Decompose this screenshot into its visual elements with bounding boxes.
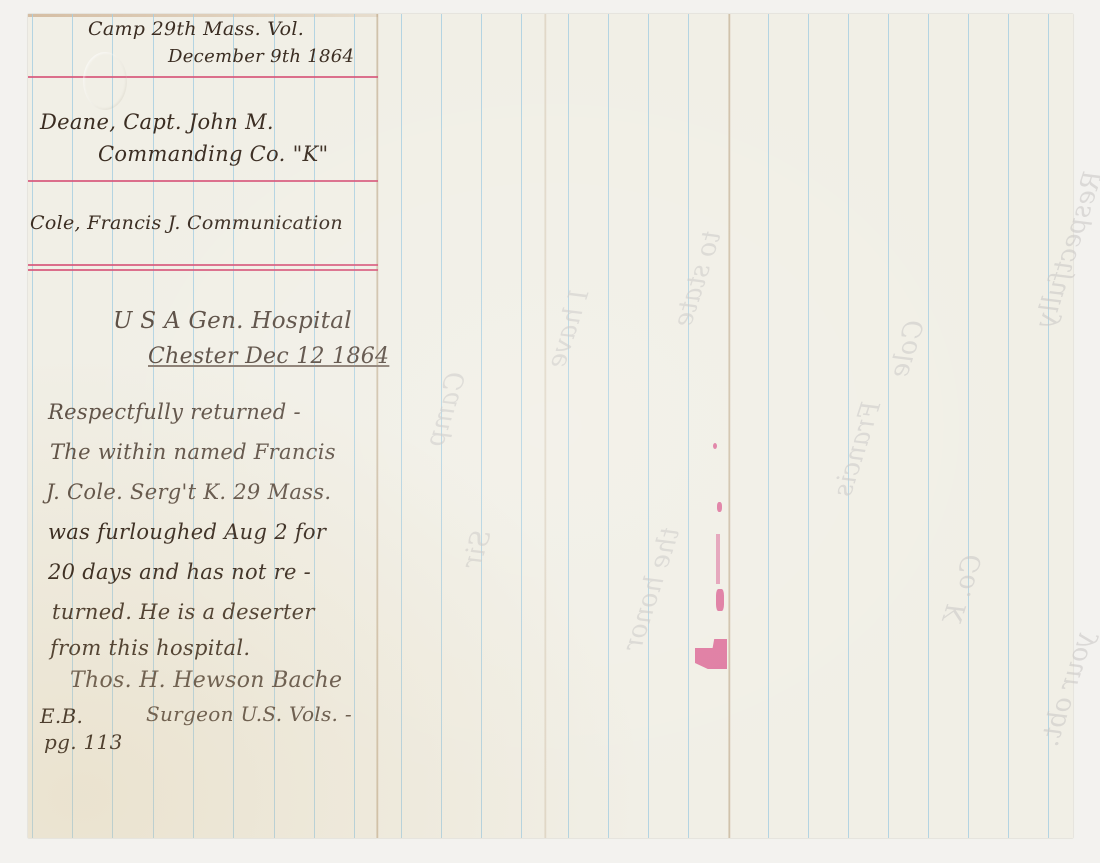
ink-stain [717,502,722,512]
bleed-through-text: to state [668,227,727,331]
rule-line [481,14,482,838]
ink-stain [716,534,720,584]
rule-line [32,14,33,838]
docket-origin: Camp 29th Mass. Vol. [88,18,304,40]
rule-line [112,14,113,838]
rule-line [928,14,929,838]
fold-crease [544,14,547,838]
rule-line [808,14,809,838]
red-rule [28,269,378,271]
ink-stain [716,589,724,611]
rule-line [401,14,402,838]
bleed-through-text: the honor [618,523,686,654]
ink-stain [695,639,727,669]
rule-line [1008,14,1009,838]
endorsement-line: Respectfully returned - [48,400,301,424]
endorsement-line: from this hospital. [50,636,250,660]
embossed-seal [83,52,127,110]
endorsement-line: turned. He is a deserter [52,600,315,624]
rule-line [648,14,649,838]
fold-crease [728,14,731,838]
bleed-through-text: Camp [420,368,472,450]
rule-line [354,14,355,838]
rule-line [608,14,609,838]
ink-stain [713,443,717,449]
endorsement-signature-title: Surgeon U.S. Vols. - [146,702,352,726]
endorsement-date: Chester Dec 12 1864 [148,344,389,369]
endorsement-line: was furloughed Aug 2 for [48,520,326,544]
docket-subject: Cole, Francis J. Communication [30,212,343,234]
bleed-through-text: Respectfully [1030,167,1100,331]
red-rule [28,76,378,78]
letter-sheet: Camp Sir I have the honor to state Franc… [28,14,1073,838]
endorsement-line: J. Cole. Serg't K. 29 Mass. [46,480,331,504]
rule-line [568,14,569,838]
rule-line [968,14,969,838]
endorsement-place: U S A Gen. Hospital [113,308,352,334]
endorsement-line: 20 days and has not re - [48,560,311,584]
annotation-page-ref: pg. 113 [44,730,123,754]
rule-line [521,14,522,838]
endorsement-line: The within named Francis [50,440,336,464]
aged-top-edge [28,14,378,17]
docket-addressee: Deane, Capt. John M. [40,110,274,134]
red-rule [28,180,378,182]
rule-line [688,14,689,838]
red-rule [28,264,378,266]
bleed-through-text: Co. K [938,551,988,628]
bleed-through-text: Francis [828,397,887,500]
rule-line [768,14,769,838]
bleed-through-text: Cole [884,316,931,382]
endorsement-signature: Thos. H. Hewson Bache [70,668,342,693]
rule-line [888,14,889,838]
bleed-through-text: Sir [457,526,497,572]
bleed-through-text: I have [542,286,596,372]
docket-date: December 9th 1864 [168,46,354,67]
bleed-through-text: your obt. [1035,628,1100,750]
annotation-initials: E.B. [40,704,83,728]
fold-crease [376,14,379,838]
docket-addressee-role: Commanding Co. "K" [98,142,328,166]
